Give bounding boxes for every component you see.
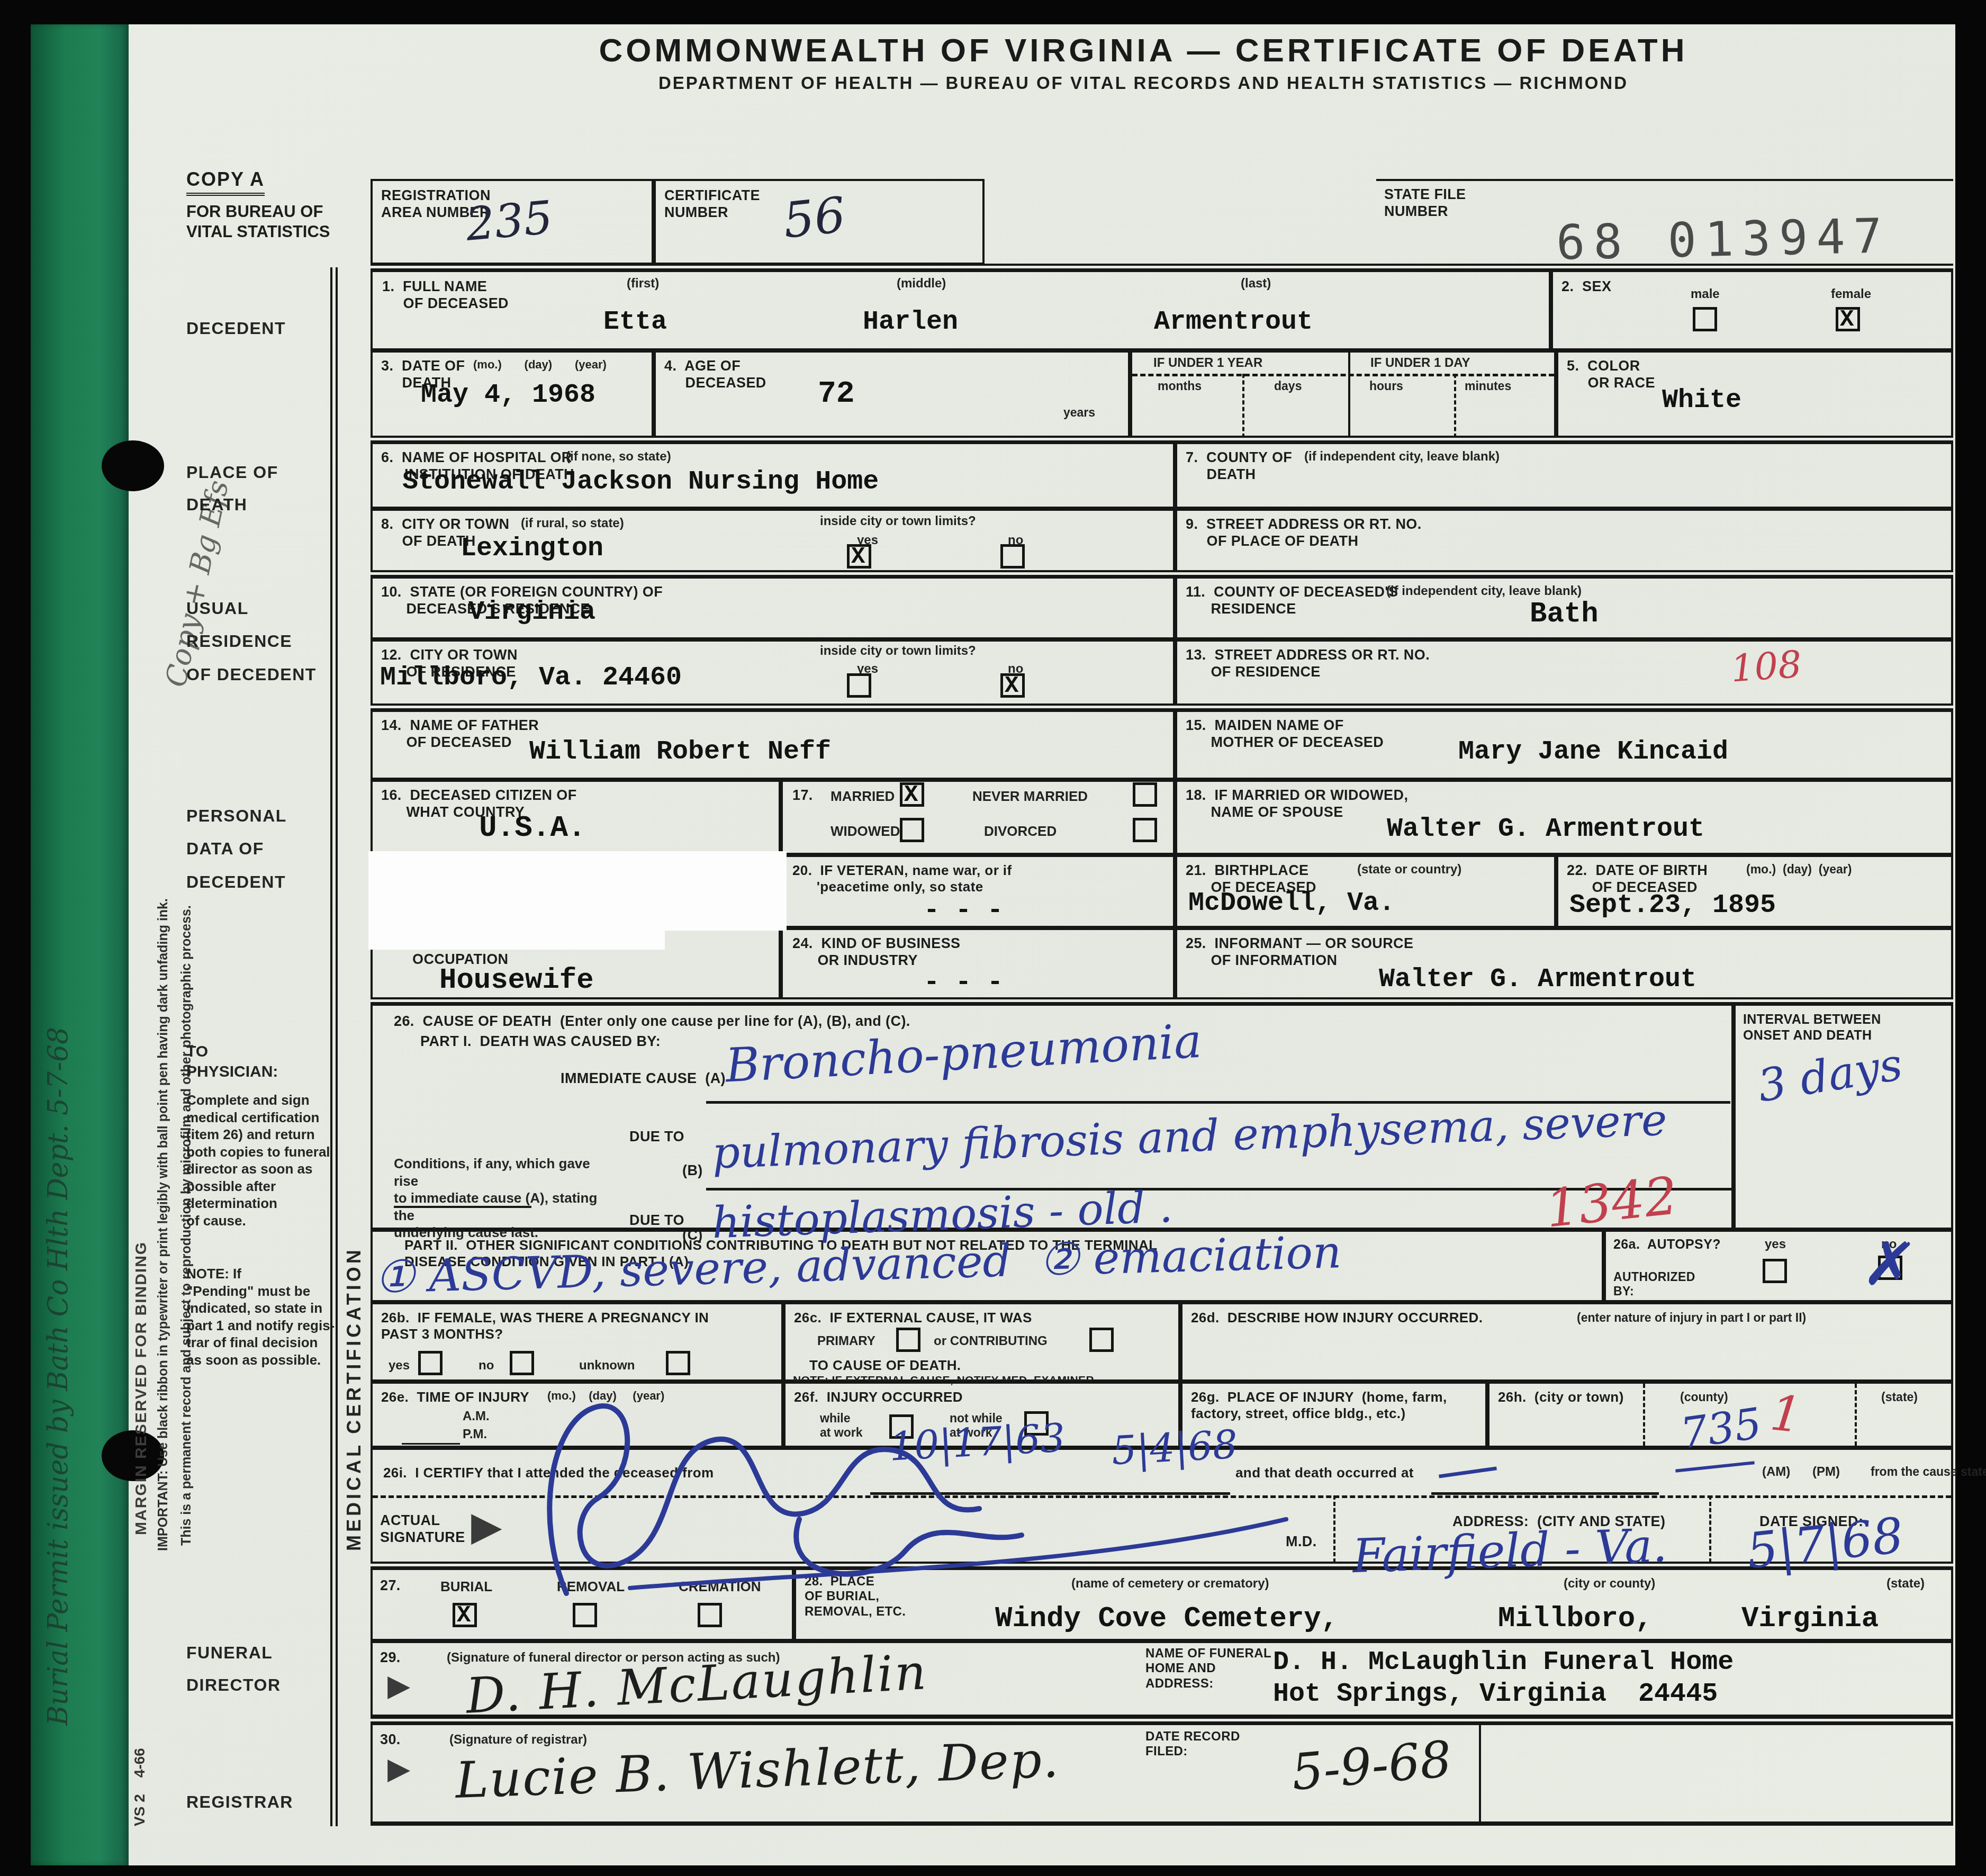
- sidebar-place-of-death: PLACE OF DEATH: [186, 456, 278, 521]
- registrar-number: 30.: [380, 1731, 401, 1748]
- certify-ampm-pm: (PM): [1812, 1465, 1840, 1480]
- checkbox-burial: [453, 1603, 477, 1627]
- burial-state-value: Virginia: [1741, 1603, 1879, 1635]
- date-filed-label: DATE RECORD FILED:: [1145, 1729, 1240, 1760]
- spouse-label: 18. IF MARRIED OR WIDOWED, NAME OF SPOUS…: [1186, 787, 1408, 821]
- married-label: MARRIED: [830, 788, 895, 805]
- checkbox-contributing: [1089, 1328, 1114, 1352]
- copy-a-label: COPY A: [186, 168, 265, 196]
- conditions-note: Conditions, if any, which gave rise to i…: [394, 1155, 606, 1241]
- punch-hole-top: [102, 440, 164, 491]
- date-of-death-hints: (mo.) (day) (year): [473, 358, 607, 372]
- registration-area-value: 235: [464, 191, 555, 251]
- copy-for1: FOR BUREAU OF: [186, 202, 323, 221]
- full-name-label: 1. FULL NAME OF DECEASED: [382, 278, 509, 312]
- last-hint: (last): [1241, 276, 1271, 291]
- under-day-label: IF UNDER 1 DAY: [1370, 356, 1470, 371]
- autopsy-label: 26a. AUTOPSY?: [1613, 1237, 1721, 1253]
- mother-value: Mary Jane Kincaid: [1458, 737, 1728, 767]
- limits-question-1: inside city or town limits?: [820, 514, 976, 529]
- under-dash-rule: [1132, 374, 1554, 376]
- state-residence-value: Virginia: [468, 597, 595, 627]
- physician-address-value: Fairfield - Va.: [1351, 1518, 1668, 1584]
- middle-name-value: Harlen: [863, 307, 958, 337]
- cause-b-label: (B): [682, 1162, 703, 1179]
- certificate-title: COMMONWEALTH OF VIRGINIA — CERTIFICATE O…: [328, 32, 1958, 69]
- spouse-value: Walter G. Armentrout: [1387, 814, 1704, 844]
- margin-binding-text: MARGIN RESERVED FOR BINDING: [132, 858, 154, 1535]
- city-residence-value: Millboro, Va. 24460: [380, 663, 682, 693]
- injury-divider-2: [1855, 1384, 1857, 1446]
- whiteout-box-2: [368, 931, 665, 950]
- county-residence-label: 11. COUNTY OF DECEASED'S: [1186, 584, 1398, 601]
- last-name-value: Armentrout: [1154, 307, 1313, 337]
- certify-ampm-am: (AM): [1762, 1465, 1790, 1480]
- registrar-hint: (Signature of registrar): [449, 1733, 587, 1747]
- age-value: 72: [818, 377, 855, 411]
- first-name-value: Etta: [603, 307, 667, 337]
- section-rule-4: [371, 997, 1953, 1004]
- injury-divider-1: [1643, 1384, 1645, 1446]
- dob-hint: (mo.) (day) (year): [1746, 862, 1852, 877]
- cause-label: 26. CAUSE OF DEATH (Enter only one cause…: [394, 1013, 910, 1030]
- veteran-label: 20. IF VETERAN, name war, or if 'peaceti…: [792, 862, 1012, 895]
- funeral-home-name: D. H. McLaughlin Funeral Home: [1273, 1647, 1734, 1677]
- marital-number: 17.: [792, 787, 813, 804]
- checkbox-limits2-yes: [847, 673, 871, 698]
- checkbox-autopsy-yes: [1763, 1259, 1787, 1283]
- field-if-under: IF UNDER 1 YEAR IF UNDER 1 DAY months da…: [1130, 350, 1556, 438]
- business-value: - - -: [924, 968, 1003, 998]
- under-year-label: IF UNDER 1 YEAR: [1153, 356, 1262, 371]
- under-divider-2: [1348, 353, 1350, 438]
- field-county-of-death: 7. COUNTY OF DEATH (if independent city,…: [1175, 442, 1953, 509]
- widowed-label: WIDOWED: [830, 823, 900, 840]
- city-death-value: Lexington: [461, 534, 603, 564]
- sidebar-personal-data: PERSONAL DATA OF DECEDENT: [186, 799, 287, 898]
- male-label: male: [1691, 287, 1720, 302]
- due-to-2: DUE TO: [629, 1212, 684, 1229]
- under-divider-3: [1454, 374, 1456, 438]
- county-residence-label2: RESIDENCE: [1186, 601, 1296, 618]
- checkbox-limits2-no: [1000, 673, 1025, 698]
- field-full-name: 1. FULL NAME OF DECEASED (first) (middle…: [371, 270, 1551, 350]
- date-of-death-value: May 4, 1968: [421, 380, 595, 410]
- physician-signature: [503, 1360, 1307, 1609]
- sidebar-decedent: DECEDENT: [186, 311, 286, 345]
- city-county-hint: (city or county): [1564, 1576, 1655, 1591]
- am-label: A.M.: [463, 1409, 490, 1424]
- city-death-hint: (if rural, so state): [521, 516, 624, 531]
- section-rule-1: [371, 436, 1953, 443]
- registrar-divider: [1479, 1725, 1481, 1821]
- primary-label: PRIMARY: [817, 1334, 875, 1349]
- funeral-home-label: NAME OF FUNERAL HOME AND ADDRESS:: [1145, 1646, 1271, 1691]
- business-label: 24. KIND OF BUSINESS OR INDUSTRY: [792, 935, 960, 969]
- form-number: VS 2 4-66: [131, 1667, 150, 1826]
- contributing-label: or CONTRIBUTING: [934, 1334, 1048, 1349]
- injury-red-mark: 1: [1768, 1384, 1804, 1444]
- external-cause-label: 26c. IF EXTERNAL CAUSE, IT WAS: [794, 1310, 1032, 1326]
- street-residence-label: 13. STREET ADDRESS OR RT. NO. OF RESIDEN…: [1186, 647, 1430, 681]
- section-rule-2: [371, 570, 1953, 577]
- certificate-number-label: CERTIFICATE NUMBER: [664, 187, 760, 221]
- field-interval: INTERVAL BETWEEN ONSET AND DEATH: [1734, 1004, 1953, 1230]
- never-married-label: NEVER MARRIED: [972, 788, 1088, 805]
- birthplace-label: 21. BIRTHPLACE: [1186, 862, 1309, 879]
- checkbox-widowed: [900, 818, 924, 842]
- autopsy-yes-label: yes: [1765, 1237, 1786, 1252]
- registrar-arrow-icon: ▶: [387, 1752, 410, 1786]
- limits-question-2: inside city or town limits?: [820, 644, 976, 659]
- certify-line-2: [1431, 1492, 1659, 1495]
- state-file-label: STATE FILE NUMBER: [1384, 186, 1466, 220]
- death-certificate-scan: { "header": { "title": "COMMONWEALTH OF …: [0, 0, 1986, 1876]
- county-residence-hint: (if independent city, leave blank): [1386, 584, 1582, 599]
- county-death-hint: (if independent city, leave blank): [1304, 449, 1500, 464]
- citizen-value: U.S.A.: [479, 811, 586, 845]
- sidebar-to-physician: TO PHYSICIAN:: [186, 1042, 278, 1081]
- funeral-home-address: Hot Springs, Virginia 24445: [1273, 1679, 1718, 1709]
- how-injury-label: 26d. DESCRIBE HOW INJURY OCCURRED.: [1191, 1310, 1483, 1326]
- checkbox-limits1-no: [1000, 544, 1025, 569]
- sidebar-residence: USUAL RESIDENCE OF DECEDENT: [186, 592, 317, 691]
- birthplace-hint: (state or country): [1357, 862, 1461, 877]
- state-hint: (state): [1886, 1576, 1925, 1591]
- injury-city-label: 26h. (city or town): [1498, 1389, 1624, 1405]
- sex-label: 2. SEX: [1561, 278, 1611, 295]
- section-rule-6: [371, 1717, 1953, 1724]
- color-race-value: White: [1662, 385, 1741, 416]
- authorized-by-label: AUTHORIZED BY:: [1613, 1270, 1695, 1298]
- how-injury-hint: (enter nature of injury in part I or par…: [1577, 1311, 1806, 1325]
- pm-label: P.M.: [463, 1427, 487, 1442]
- sidebar-registrar: REGISTRAR: [186, 1785, 293, 1819]
- pregnancy-label: 26b. IF FEMALE, WAS THERE A PREGNANCY IN…: [381, 1310, 709, 1342]
- birthplace-value: McDowell, Va.: [1188, 888, 1395, 918]
- conditions-underline: [394, 1206, 531, 1208]
- injury-state-hint: (state): [1881, 1390, 1918, 1404]
- checkbox-never-married: [1133, 782, 1157, 807]
- field-sex: 2. SEX male female: [1551, 270, 1953, 350]
- middle-hint: (middle): [897, 276, 946, 291]
- state-file-number-stamp: 68 013947: [1556, 208, 1891, 270]
- dob-label: 22. DATE OF BIRTH: [1567, 862, 1708, 879]
- occupation-value: Housewife: [439, 964, 594, 997]
- county-death-label: 7. COUNTY OF DEATH: [1186, 449, 1292, 483]
- checkbox-pregnancy-yes: [418, 1351, 443, 1375]
- pencil-margin-note: Burial Permit issued by Bath Co Hlth Dep…: [42, 148, 85, 1726]
- color-race-label: 5. COLOR OR RACE: [1567, 358, 1655, 392]
- hours-label: hours: [1369, 379, 1403, 393]
- street-residence-value: 108: [1729, 642, 1803, 690]
- immediate-cause-label: IMMEDIATE CAUSE (A): [561, 1070, 726, 1087]
- pregnancy-yes-label: yes: [389, 1358, 410, 1373]
- pregnancy-no-label: no: [479, 1358, 494, 1373]
- form-left-rail: [330, 267, 338, 1826]
- female-label: female: [1831, 287, 1871, 302]
- street-death-label: 9. STREET ADDRESS OR RT. NO. OF PLACE OF…: [1186, 516, 1422, 550]
- sig-divider-2: [1709, 1495, 1711, 1563]
- time-injury-line: [402, 1443, 460, 1445]
- dob-value: Sept.23, 1895: [1569, 890, 1776, 921]
- disposition-number: 27.: [380, 1577, 401, 1594]
- statefile-top-rule: [1376, 179, 1953, 181]
- field-age: 4. AGE OF DECEASED years: [654, 350, 1130, 438]
- divorced-label: DIVORCED: [984, 823, 1057, 840]
- certificate-number-value: 56: [781, 186, 848, 249]
- funeral-director-number: 29.: [380, 1649, 401, 1666]
- checkbox-male: [1693, 307, 1717, 331]
- sidebar-funeral-director: FUNERAL DIRECTOR: [186, 1637, 281, 1701]
- interval-label: INTERVAL BETWEEN ONSET AND DEATH: [1743, 1012, 1881, 1043]
- autopsy-no-blue-x: ✗: [1859, 1225, 1920, 1304]
- hospital-label: 6. NAME OF HOSPITAL OR: [381, 449, 572, 466]
- first-hint: (first): [627, 276, 659, 291]
- field-color-race: 5. COLOR OR RACE: [1556, 350, 1953, 438]
- actual-signature-label: ACTUAL SIGNATURE: [380, 1512, 465, 1546]
- burial-city-value: Millboro,: [1498, 1603, 1653, 1635]
- checkbox-female: [1836, 307, 1860, 331]
- field-street-place-of-death: 9. STREET ADDRESS OR RT. NO. OF PLACE OF…: [1175, 509, 1953, 572]
- age-unit: years: [1063, 405, 1095, 420]
- months-label: months: [1158, 379, 1202, 393]
- informant-value: Walter G. Armentrout: [1379, 964, 1696, 995]
- section-rule-3: [371, 703, 1953, 710]
- signature-arrow-icon: ▶: [471, 1502, 502, 1549]
- under-divider-1: [1242, 374, 1244, 438]
- hospital-value: Stonewall Jackson Nursing Home: [402, 467, 879, 497]
- minutes-label: minutes: [1465, 379, 1511, 393]
- mother-label: 15. MAIDEN NAME OF MOTHER OF DECEASED: [1186, 717, 1384, 751]
- father-label: 14. NAME OF FATHER OF DECEASED: [381, 717, 539, 751]
- veteran-value: - - -: [924, 896, 1003, 926]
- county-residence-value: Bath: [1530, 598, 1599, 630]
- checkbox-married: [900, 782, 924, 807]
- burial-label: BURIAL: [440, 1579, 492, 1595]
- certify-tail: from the cause stated above: [1871, 1465, 1986, 1479]
- certificate-subtitle: DEPARTMENT OF HEALTH — BUREAU OF VITAL R…: [328, 73, 1958, 93]
- sig-divider-1: [1333, 1495, 1335, 1563]
- form-bottom-rule: [371, 1823, 1953, 1826]
- copy-for2: VITAL STATISTICS: [186, 222, 330, 241]
- part1-label: PART I. DEATH WAS CAUSED BY:: [420, 1033, 661, 1050]
- due-to-1: DUE TO: [629, 1129, 684, 1146]
- checkbox-primary: [896, 1328, 920, 1352]
- medical-certification-vertical: MEDICAL CERTIFICATION: [343, 1022, 368, 1551]
- checkbox-limits1-yes: [847, 544, 871, 569]
- checkbox-divorced: [1133, 818, 1157, 842]
- hospital-hint: (if none, so state): [566, 449, 671, 464]
- days-label: days: [1274, 379, 1302, 393]
- funeral-director-arrow-icon: ▶: [387, 1668, 410, 1703]
- father-value: William Robert Neff: [529, 737, 831, 767]
- field-marital: 17. MARRIED NEVER MARRIED WIDOWED DIVORC…: [781, 780, 1175, 855]
- age-label: 4. AGE OF DECEASED: [664, 358, 766, 392]
- field-street-residence: 13. STREET ADDRESS OR RT. NO. OF RESIDEN…: [1175, 639, 1953, 706]
- injury-county-hint: (county): [1680, 1390, 1728, 1404]
- whiteout-box: [368, 851, 787, 931]
